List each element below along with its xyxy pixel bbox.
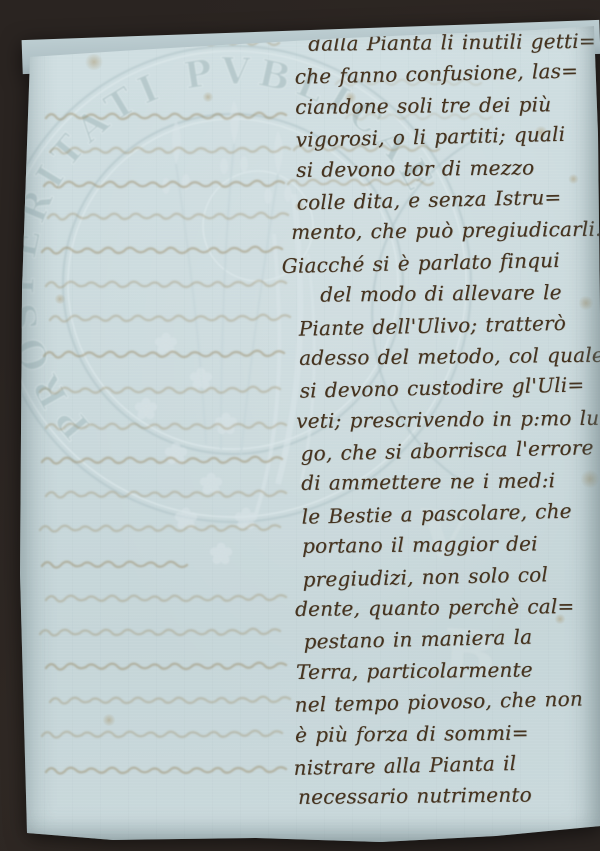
manuscript-page: V B PROSPERITATI PVBLICAE (16, 14, 600, 844)
manuscript-line: si devono tor di mezzo (296, 151, 600, 186)
manuscript-line: ciandone soli tre dei più (295, 88, 600, 123)
scan-background: V B PROSPERITATI PVBLICAE (0, 0, 600, 851)
manuscript-line: si devono custodire gl'Uli= (299, 369, 600, 407)
manuscript-line: Piante dell'Ulivo; tratterò (298, 306, 600, 344)
manuscript-line: portano il maggior dei (302, 528, 600, 563)
manuscript-line: necessario nutrimento (298, 779, 600, 814)
manuscript-line: nel tempo piovoso, che non (294, 683, 600, 721)
manuscript-line: adesso del metodo, col quale (299, 340, 600, 375)
manuscript-line: veti; prescrivendo in p:mo luo= (296, 402, 600, 437)
manuscript-line: pregiudizi, non solo col (302, 557, 600, 595)
manuscript-line: del modo di allevare le (320, 277, 600, 311)
manuscript-text: dalla Pianta li inutili getti=che fanno … (278, 25, 600, 815)
manuscript-line: che fanno confusione, las= (294, 55, 600, 93)
manuscript-line: pestano in maniera la (303, 620, 600, 658)
manuscript-line: Terra, particolarmente (296, 653, 600, 688)
manuscript-line: è più forza di sommi= (295, 716, 600, 751)
manuscript-line: le Bestie a pascolare, che (301, 495, 600, 533)
manuscript-line: mento, che può pregiudicarli. (291, 214, 600, 249)
page-stack: V B PROSPERITATI PVBLICAE (0, 0, 600, 851)
manuscript-line: vigorosi, o li partiti; quali (295, 118, 600, 156)
manuscript-line: di ammettere ne i med:i (301, 465, 600, 500)
